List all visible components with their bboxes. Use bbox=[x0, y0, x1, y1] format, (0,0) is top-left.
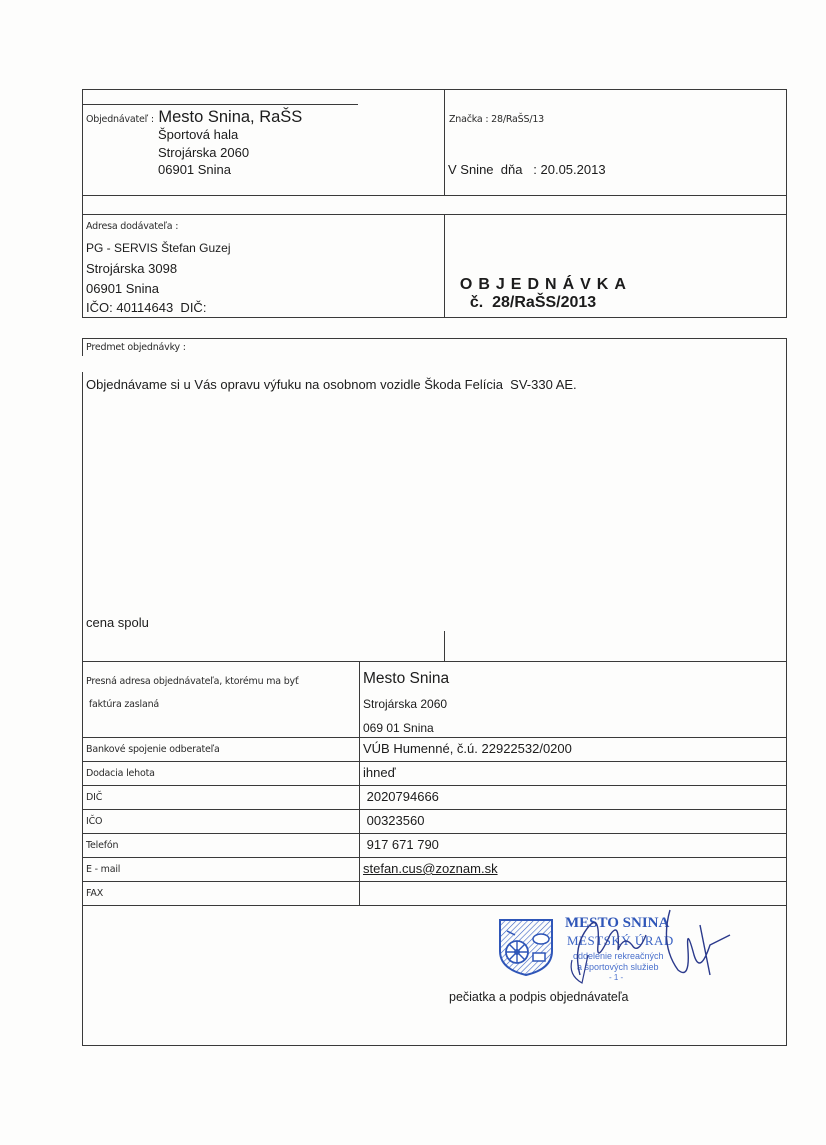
details-row-label: IČO bbox=[86, 816, 102, 827]
supplier-line-2: Strojárska 3098 bbox=[86, 261, 177, 276]
details-row-rule bbox=[82, 785, 787, 786]
subject-text: Objednávame si u Vás opravu výfuku na os… bbox=[86, 377, 577, 392]
order-date: V Snine dňa : 20.05.2013 bbox=[448, 162, 606, 177]
orderer-underline bbox=[82, 104, 358, 105]
header-rule-2 bbox=[82, 214, 787, 215]
details-row-label: FAX bbox=[86, 888, 103, 899]
email-link[interactable]: stefan.cus@zoznam.sk bbox=[363, 861, 498, 876]
details-row-label: Bankové spojenie odberateľa bbox=[86, 744, 220, 755]
details-row-rule bbox=[82, 881, 787, 882]
details-row-label: Dodacia lehota bbox=[86, 768, 155, 779]
details-bottom-rule bbox=[82, 1045, 787, 1046]
details-right-border bbox=[786, 661, 787, 1046]
coat-of-arms-icon bbox=[497, 917, 555, 977]
header-divider bbox=[444, 89, 445, 195]
details-row-rule bbox=[82, 857, 787, 858]
invoice-address-street: Strojárska 2060 bbox=[363, 697, 447, 711]
supplier-line-1: PG - SERVIS Štefan Guzej bbox=[86, 241, 231, 255]
order-title: OBJEDNÁVKA bbox=[460, 276, 632, 293]
orderer-label: Objednávateľ : bbox=[86, 114, 154, 125]
invoice-address-label-2: faktúra zaslaná bbox=[86, 699, 159, 710]
signature-scribble-icon bbox=[560, 905, 740, 985]
details-row-rule bbox=[82, 833, 787, 834]
total-price-label: cena spolu bbox=[86, 615, 149, 630]
supplier-divider bbox=[444, 214, 445, 318]
supplier-line-4: IČO: 40114643 DIČ: bbox=[86, 300, 206, 315]
signature-caption: pečiatka a podpis objednávateľa bbox=[449, 990, 628, 1004]
invoice-address-label-1: Presná adresa objednávateľa, ktorému ma … bbox=[86, 676, 298, 687]
invoice-address-city: 069 01 Snina bbox=[363, 721, 434, 735]
details-row-label: DIČ bbox=[86, 792, 102, 803]
subject-right-border bbox=[786, 338, 787, 661]
details-column-divider bbox=[359, 661, 360, 906]
details-row-rule bbox=[82, 761, 787, 762]
details-row-label: Telefón bbox=[86, 840, 118, 851]
details-row-label: E - mail bbox=[86, 864, 120, 875]
order-number: č. 28/RaŠS/2013 bbox=[470, 294, 596, 311]
supplier-line-3: 06901 Snina bbox=[86, 281, 159, 296]
orderer-name: Mesto Snina, RaŠS bbox=[158, 108, 302, 126]
details-row-value: VÚB Humenné, č.ú. 22922532/0200 bbox=[363, 741, 572, 756]
total-price-divider bbox=[444, 631, 445, 661]
header-rule-1 bbox=[82, 195, 787, 196]
orderer-address-line-2: Strojárska 2060 bbox=[158, 145, 249, 160]
supplier-label: Adresa dodávateľa : bbox=[86, 221, 178, 232]
details-row-value: ihneď bbox=[363, 765, 396, 780]
reference-number: Značka : 28/RaŠS/13 bbox=[449, 114, 544, 125]
subject-left-border bbox=[82, 338, 83, 356]
invoice-address-name: Mesto Snina bbox=[363, 670, 449, 688]
subject-label: Predmet objednávky : bbox=[86, 342, 186, 353]
details-row-rule bbox=[82, 737, 787, 738]
orderer-address-line-1: Športová hala bbox=[158, 127, 238, 142]
orderer-address-line-3: 06901 Snina bbox=[158, 162, 231, 177]
details-left-border bbox=[82, 661, 83, 1046]
subject-left-border-2 bbox=[82, 372, 83, 661]
details-row-value: 2020794666 bbox=[363, 789, 439, 804]
subject-top-rule bbox=[82, 338, 787, 339]
details-row-value: 917 671 790 bbox=[363, 837, 439, 852]
details-top-rule bbox=[82, 661, 787, 662]
details-row-value: 00323560 bbox=[363, 813, 424, 828]
details-row-rule bbox=[82, 809, 787, 810]
